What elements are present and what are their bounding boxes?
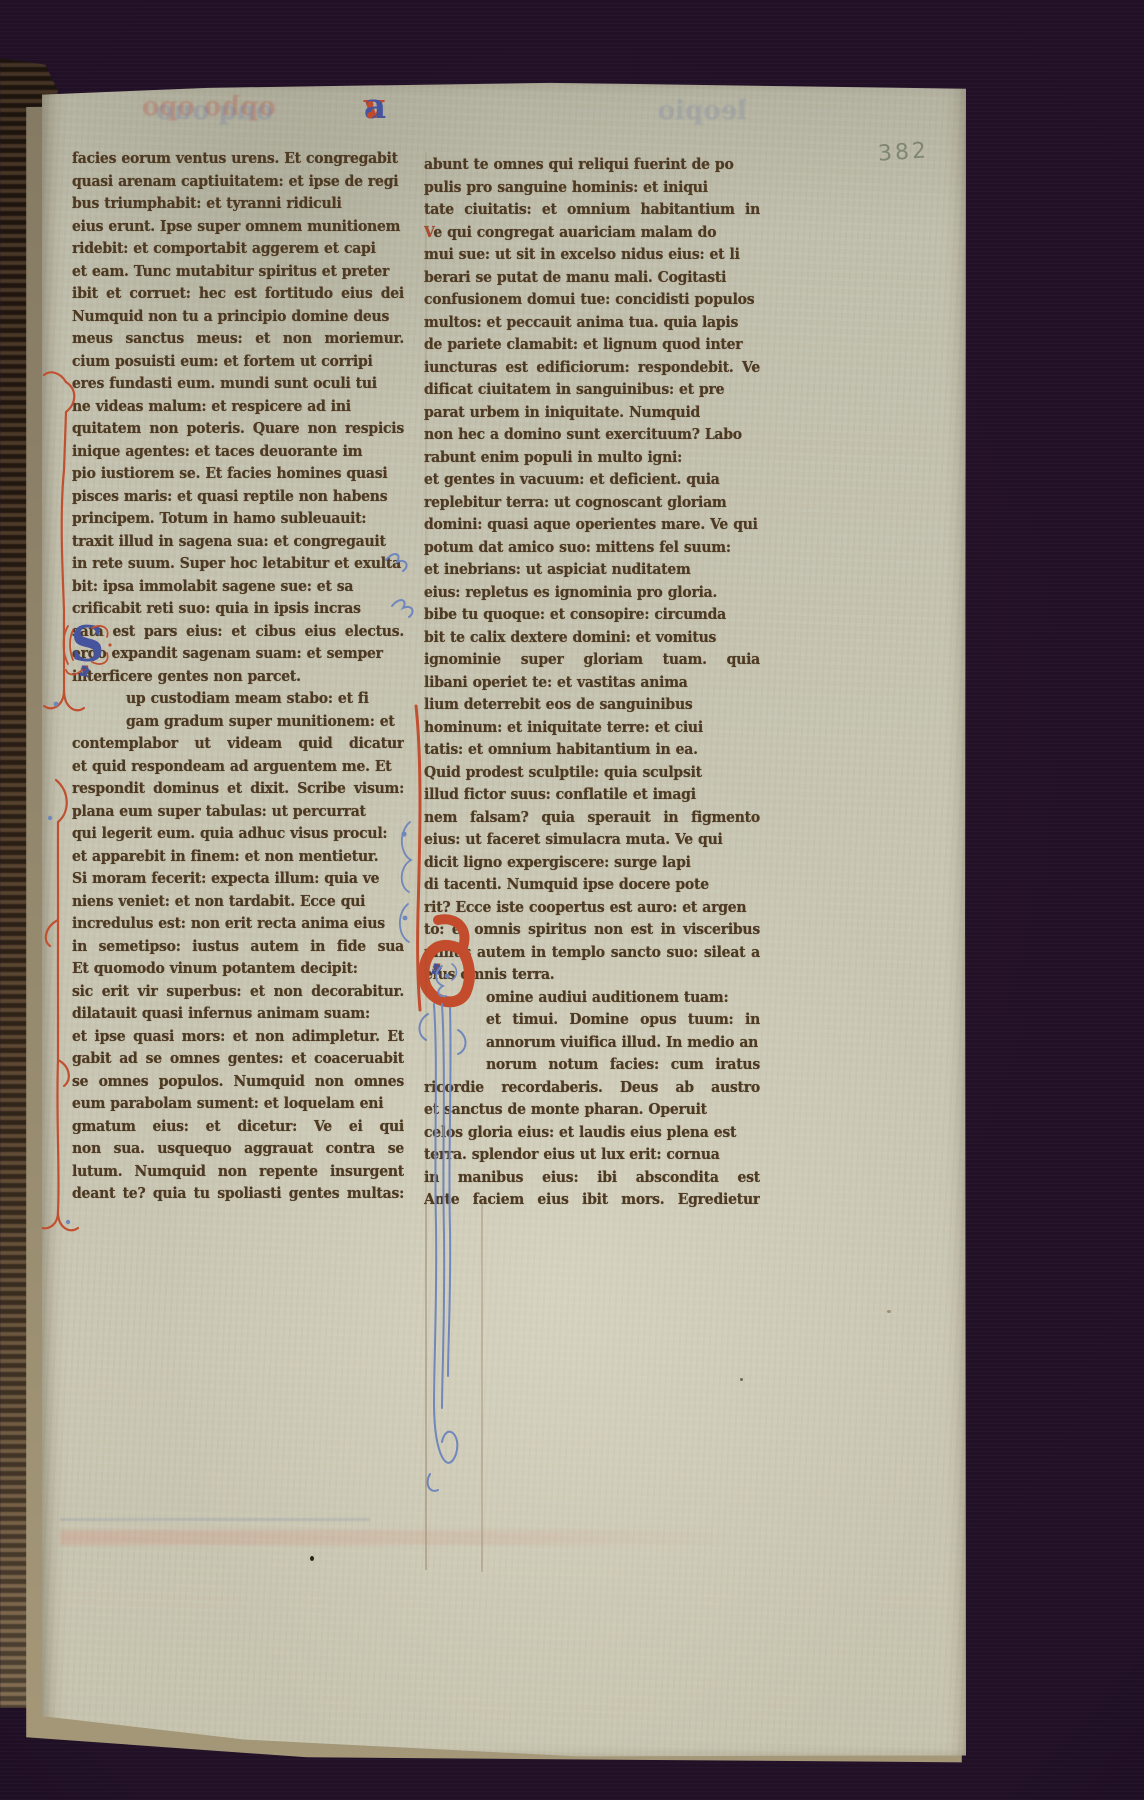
text-line: Quid prodest sculptile: quia sculpsit (424, 761, 760, 784)
line-text: illud fictor suus: conflatile et imagi (424, 784, 696, 807)
line-text: tate ciuitatis: et omnium habitantium in… (424, 199, 760, 222)
line-text: bibe tu quoque: et consopire: circumda (424, 604, 726, 627)
line-text: Numquid non tu a principio domine deus (72, 305, 389, 328)
text-line: crificabit reti suo: quia in ipsis incra… (72, 598, 404, 621)
line-text: eres fundasti eum. mundi sunt oculi tui (72, 373, 377, 396)
text-line: berari se putat de manu mali. Cogitasti (424, 266, 760, 289)
text-line: nem falsam? quia sperauit in figmento fi… (424, 806, 760, 829)
text-line: inique agentes: et taces deuorante im (72, 440, 404, 463)
text-line: quitatem non poteris. Quare non respicis… (72, 418, 404, 441)
line-text: et quid respondeam ad arguentem me. Et (72, 755, 392, 778)
ink-speck (310, 1556, 314, 1561)
line-text: Si moram fecerit: expecta illum: quia ve (72, 868, 379, 891)
line-text: niens veniet: et non tardabit. Ecce qui (72, 890, 365, 913)
line-text: pisces maris: et quasi reptile non haben… (72, 485, 387, 508)
line-text: quasi arenam captiuitatem: et ipse de re… (72, 170, 398, 193)
line-text: et ipse quasi mors: et non adimpletur. E… (72, 1025, 404, 1048)
line-text: gmatum eius: et dicetur: Ve ei qui multi… (72, 1115, 404, 1138)
line-text: replebitur terra: ut cognoscant gloriam (424, 491, 727, 514)
line-text: eius: ut faceret simulacra muta. Ve qui (424, 829, 723, 852)
text-line: ricordie recordaberis. Deus ab austro ve… (424, 1076, 760, 1099)
text-line: gam gradum super munitionem: et (72, 710, 404, 733)
text-line: interficere gentes non parcet.⁚(IIʒ (72, 665, 404, 688)
line-text: se omnes populos. Numquid non omnes isti… (72, 1070, 404, 1093)
text-line: domini: quasi aque operientes mare. Ve q… (424, 514, 760, 537)
line-text: annorum viuifica illud. In medio an (424, 1031, 758, 1054)
text-line: ergo expandit sagenam suam: et semper (72, 643, 404, 666)
line-text: ricordie recordaberis. Deus ab austro ve… (424, 1076, 760, 1099)
line-text: nem falsam? quia sperauit in figmento fi… (424, 806, 760, 829)
text-line: de pariete clamabit: et lignum quod inte… (424, 334, 760, 357)
line-text: incredulus est: non erit recta anima eiu… (72, 913, 385, 936)
line-text: lium deterrebit eos de sanguinibus (424, 694, 693, 717)
text-line: meus sanctus meus: et non moriemur. Domi… (72, 328, 404, 351)
ink-offset-ghost-right: leopio (587, 94, 747, 130)
text-line: niens veniet: et non tardabit. Ecce qui (72, 890, 404, 913)
text-line: eum parabolam sument: et loquelam eni (72, 1093, 404, 1116)
text-line: Numquid non tu a principio domine deus (72, 305, 404, 328)
line-text: rabunt enim populi in multo igni: (424, 446, 682, 469)
text-line: eius: repletus es ignominia pro gloria. (424, 581, 760, 604)
line-text: bit: ipsa immolabit sagene sue: et sa (72, 575, 353, 598)
text-line: sic erit vir superbus: et non decorabitu… (72, 980, 404, 1003)
text-line: cium posuisti eum: et fortem ut corripi (72, 350, 404, 373)
line-text: meus sanctus meus: et non moriemur. Domi… (72, 328, 404, 351)
line-text: cium posuisti eum: et fortem ut corripi (72, 350, 373, 373)
line-text: abunt te omnes qui reliqui fuerint de po (424, 154, 734, 177)
text-line: hominum: et iniquitate terre: et ciui (424, 716, 760, 739)
line-text: Quid prodest sculptile: quia sculpsit (424, 761, 702, 784)
line-text: mui sue: ut sit in excelso nidus eius: e… (424, 244, 740, 267)
line-text: de pariete clamabit: et lignum quod inte… (424, 334, 742, 357)
text-line: se omnes populos. Numquid non omnes isti… (72, 1070, 404, 1093)
text-line: eres fundasti eum. mundi sunt oculi tui (72, 373, 404, 396)
line-text: sata est pars eius: et cibus eius electu… (72, 620, 404, 643)
parchment-page: ava: opho opo onq ouo leopio 382 facies … (42, 82, 966, 1758)
line-text: ridebit: et comportabit aggerem et capi (72, 238, 376, 261)
line-text: norum notum facies: cum iratus fueris: m… (424, 1054, 760, 1077)
text-line: sata est pars eius: et cibus eius electu… (72, 620, 404, 643)
text-line: in semetipso: iustus autem in fide sua v… (72, 935, 404, 958)
line-text: gam gradum super munitionem: et (72, 710, 395, 733)
line-text: et apparebit in finem: et non mentietur. (72, 845, 378, 868)
text-line: tatis: et omnium habitantium in ea. (424, 739, 760, 762)
text-line: non sua. usquequo aggrauat contra se den… (72, 1138, 404, 1161)
line-text: qui legerit eum. quia adhuc visus procul… (72, 823, 387, 846)
text-line: et eam. Tunc mutabitur spiritus et prete… (72, 260, 404, 283)
line-filler-penwork (388, 594, 418, 620)
line-text: in manibus eius: ibi abscondita est fort… (424, 1166, 760, 1189)
text-line: in rete suum. Super hoc letabitur et exu… (72, 553, 404, 576)
text-line: et inebrians: ut aspiciat nuditatem (424, 559, 760, 582)
text-line: dilatauit quasi infernus animam suam: (72, 1003, 404, 1026)
line-text: confusionem domui tue: concidisti populo… (424, 289, 754, 312)
text-line: eius erunt. Ipse super omnem munitionem (72, 215, 404, 238)
text-line: ne videas malum: et respicere ad ini (72, 395, 404, 418)
ghost-text-blue: onq ouo (156, 94, 273, 128)
text-line: tate ciuitatis: et omnium habitantium in… (424, 199, 760, 222)
text-line: celos gloria eius: et laudis eius plena … (424, 1121, 760, 1144)
text-line: principem. Totum in hamo subleuauit: (72, 508, 404, 531)
text-line: confusionem domui tue: concidisti populo… (424, 289, 760, 312)
ruling-line (481, 1200, 483, 1572)
line-text: in rete suum. Super hoc letabitur et exu… (72, 553, 401, 576)
text-line: et sanctus de monte pharan. Operuit (424, 1099, 760, 1122)
line-text: Ante faciem eius ibit mors. Egredietur d… (424, 1189, 760, 1212)
text-line: rabunt enim populi in multo igni: (424, 446, 760, 469)
text-line: contemplabor ut videam quid dicatur mich… (72, 733, 404, 756)
text-line: ibit et corruet: hec est fortitudo eius … (72, 283, 404, 306)
ruling-line (425, 1200, 427, 1570)
text-line: bit: ipsa immolabit sagene sue: et sa (72, 575, 404, 598)
text-line: abunt te omnes qui reliqui fuerint de po (424, 154, 760, 177)
line-text: quitatem non poteris. Quare non respicis… (72, 418, 404, 441)
text-line: et gentes in vacuum: et deficient. quia (424, 469, 760, 492)
manuscript-photo: ava: opho opo onq ouo leopio 382 facies … (0, 0, 1144, 1800)
line-text: pulis pro sanguine hominis: et iniqui (424, 176, 708, 199)
line-text: in semetipso: iustus autem in fide sua v… (72, 935, 404, 958)
line-text: ergo expandit sagenam suam: et semper (72, 643, 383, 666)
text-line: norum notum facies: cum iratus fueris: m… (424, 1054, 760, 1077)
line-text: lutum. Numquid non repente insurgent qui… (72, 1160, 404, 1183)
text-line: di tacenti. Numquid ipse docere pote (424, 874, 760, 897)
ink-speck (740, 1378, 743, 1381)
text-line: potum dat amico suo: mittens fel suum: (424, 536, 760, 559)
faded-blue-rule (60, 1518, 370, 1521)
text-line: annorum viuifica illud. In medio an (424, 1031, 760, 1054)
line-text: berari se putat de manu mali. Cogitasti (424, 266, 726, 289)
text-line: replebitur terra: ut cognoscant gloriam (424, 491, 760, 514)
text-column-left: facies eorum ventus urens. Et congregabi… (72, 148, 404, 1206)
running-title: ava: (364, 84, 514, 130)
text-line: eius: ut faceret simulacra muta. Ve qui (424, 829, 760, 852)
line-text: gabit ad se omnes gentes: et coaceruabit… (72, 1048, 404, 1071)
line-text: ignominie super gloriam tuam. quia iniqu… (424, 649, 760, 672)
text-line: lutum. Numquid non repente insurgent qui… (72, 1160, 404, 1183)
line-text: potum dat amico suo: mittens fel suum: (424, 536, 731, 559)
folio-number: 382 (877, 138, 930, 166)
text-line: dificat ciuitatem in sanguinibus: et pre (424, 379, 760, 402)
initial-d-tail-penwork (404, 1004, 474, 1504)
line-text: non sua. usquequo aggrauat contra se den… (72, 1138, 404, 1161)
line-text: et eam. Tunc mutabitur spiritus et prete… (72, 260, 389, 283)
line-text: ne videas malum: et respicere ad ini (72, 395, 351, 418)
line-text: et inebrians: ut aspiciat nuditatem (424, 559, 691, 582)
line-text: bit te calix dextere domini: et vomitus (424, 626, 716, 649)
line-text: dificat ciuitatem in sanguinibus: et pre (424, 379, 724, 402)
line-text: eius erunt. Ipse super omnem munitionem (72, 215, 400, 238)
line-text: di tacenti. Numquid ipse docere pote (424, 874, 709, 897)
line-text: non hec a domino sunt exercituum? Labo (424, 424, 742, 447)
line-text: libani operiet te: et vastitas anima (424, 671, 688, 694)
line-text: inique agentes: et taces deuorante im (72, 440, 362, 463)
line-text: eum parabolam sument: et loquelam eni (72, 1093, 383, 1116)
text-line: multos: et peccauit anima tua. quia lapi… (424, 311, 760, 334)
text-line: terra. splendor eius ut lux erit: cornua (424, 1144, 760, 1167)
text-line: et quid respondeam ad arguentem me. Et (72, 755, 404, 778)
line-filler-penwork (382, 548, 412, 574)
line-text: tatis: et omnium habitantium in ea. (424, 739, 698, 762)
running-title-letter: : (364, 84, 377, 131)
line-text: eius: repletus es ignominia pro gloria. (424, 581, 717, 604)
line-text: traxit illud in sagena sua: et congregau… (72, 530, 386, 553)
text-line: et apparebit in finem: et non mentietur. (72, 845, 404, 868)
text-line: illud fictor suus: conflatile et imagi (424, 784, 760, 807)
ink-speck (887, 1310, 891, 1313)
line-text: principem. Totum in hamo subleuauit: (72, 508, 366, 531)
text-line: parat urbem in iniquitate. Numquid (424, 401, 760, 424)
text-line: qui legerit eum. quia adhuc visus procul… (72, 823, 404, 846)
line-text: ibit et corruet: hec est fortitudo eius … (72, 283, 404, 306)
line-text: pio iustiorem se. Et facies homines quas… (72, 463, 387, 486)
faded-red-stain (60, 1530, 732, 1545)
text-line: Ante faciem eius ibit mors. Egredietur d… (424, 1189, 760, 1212)
text-line: incredulus est: non erit recta anima eiu… (72, 913, 404, 936)
text-line: facies eorum ventus urens. Et congregabi… (72, 148, 404, 171)
line-text: contemplabor ut videam quid dicatur mich… (72, 733, 404, 756)
text-line: pisces maris: et quasi reptile non haben… (72, 485, 404, 508)
line-text: hominum: et iniquitate terre: et ciui (424, 716, 703, 739)
line-text: Et quomodo vinum potantem decipit: (72, 958, 358, 981)
text-line: libani operiet te: et vastitas anima (424, 671, 760, 694)
text-line: ignominie super gloriam tuam. quia iniqu… (424, 649, 760, 672)
text-line: in manibus eius: ibi abscondita est fort… (424, 1166, 760, 1189)
text-line: plana eum super tabulas: ut percurrat (72, 800, 404, 823)
text-line: pio iustiorem se. Et facies homines quas… (72, 463, 404, 486)
text-line: Si moram fecerit: expecta illum: quia ve (72, 868, 404, 891)
text-line: mui sue: ut sit in excelso nidus eius: e… (424, 244, 760, 267)
text-line: dicit ligno expergiscere: surge lapi (424, 851, 760, 874)
text-line: et ipse quasi mors: et non adimpletur. E… (72, 1025, 404, 1048)
line-text: multos: et peccauit anima tua. quia lapi… (424, 311, 738, 334)
text-line: ridebit: et comportabit aggerem et capi (72, 238, 404, 261)
line-text: iuncturas est edificiorum: respondebit. … (424, 356, 760, 379)
text-line: pulis pro sanguine hominis: et iniqui (424, 176, 760, 199)
text-line: lium deterrebit eos de sanguinibus (424, 694, 760, 717)
text-line: non hec a domino sunt exercituum? Labo (424, 424, 760, 447)
text-line: traxit illud in sagena sua: et congregau… (72, 530, 404, 553)
text-line: gmatum eius: et dicetur: Ve ei qui multi… (72, 1115, 404, 1138)
text-line: respondit dominus et dixit. Scribe visum… (72, 778, 404, 801)
line-text: deant te? quia tu spoliasti gentes multa… (72, 1183, 404, 1206)
text-column-right: abunt te omnes qui reliqui fuerint de po… (424, 154, 760, 1212)
line-text: dilatauit quasi infernus animam suam: (72, 1003, 370, 1026)
line-text: plana eum super tabulas: ut percurrat (72, 800, 366, 823)
line-text: dicit ligno expergiscere: surge lapi (424, 851, 691, 874)
line-text: facies eorum ventus urens. Et congregabi… (72, 148, 398, 171)
text-line: Ve qui congregat auariciam malam do (424, 221, 760, 244)
text-line: bibe tu quoque: et consopire: circumda (424, 604, 760, 627)
text-line: gabit ad se omnes gentes: et coaceruabit… (72, 1048, 404, 1071)
ink-offset-ghost-left: opho opo onq ouo (142, 90, 362, 130)
text-line: deant te? quia tu spoliasti gentes multa… (72, 1183, 404, 1206)
text-line: quasi arenam captiuitatem: et ipse de re… (72, 170, 404, 193)
line-text: respondit dominus et dixit. Scribe visum… (72, 778, 404, 801)
text-line: iuncturas est edificiorum: respondebit. … (424, 356, 760, 379)
text-line: up custodiam meam stabo: et fi (72, 688, 404, 711)
text-line: bit te calix dextere domini: et vomitus (424, 626, 760, 649)
line-text: parat urbem in iniquitate. Numquid (424, 401, 700, 424)
text-line: bus triumphabit: et tyranni ridiculi (72, 193, 404, 216)
line-text: sic erit vir superbus: et non decorabitu… (72, 980, 404, 1003)
text-line: Et quomodo vinum potantem decipit: (72, 958, 404, 981)
ruling-line (425, 152, 427, 1200)
line-text: domini: quasi aque operientes mare. Ve q… (424, 514, 758, 537)
line-text: up custodiam meam stabo: et fi (72, 688, 369, 711)
line-text: et gentes in vacuum: et deficient. quia (424, 469, 720, 492)
line-text: Ve qui congregat auariciam malam do (424, 221, 716, 244)
line-text: bus triumphabit: et tyranni ridiculi (72, 193, 342, 216)
